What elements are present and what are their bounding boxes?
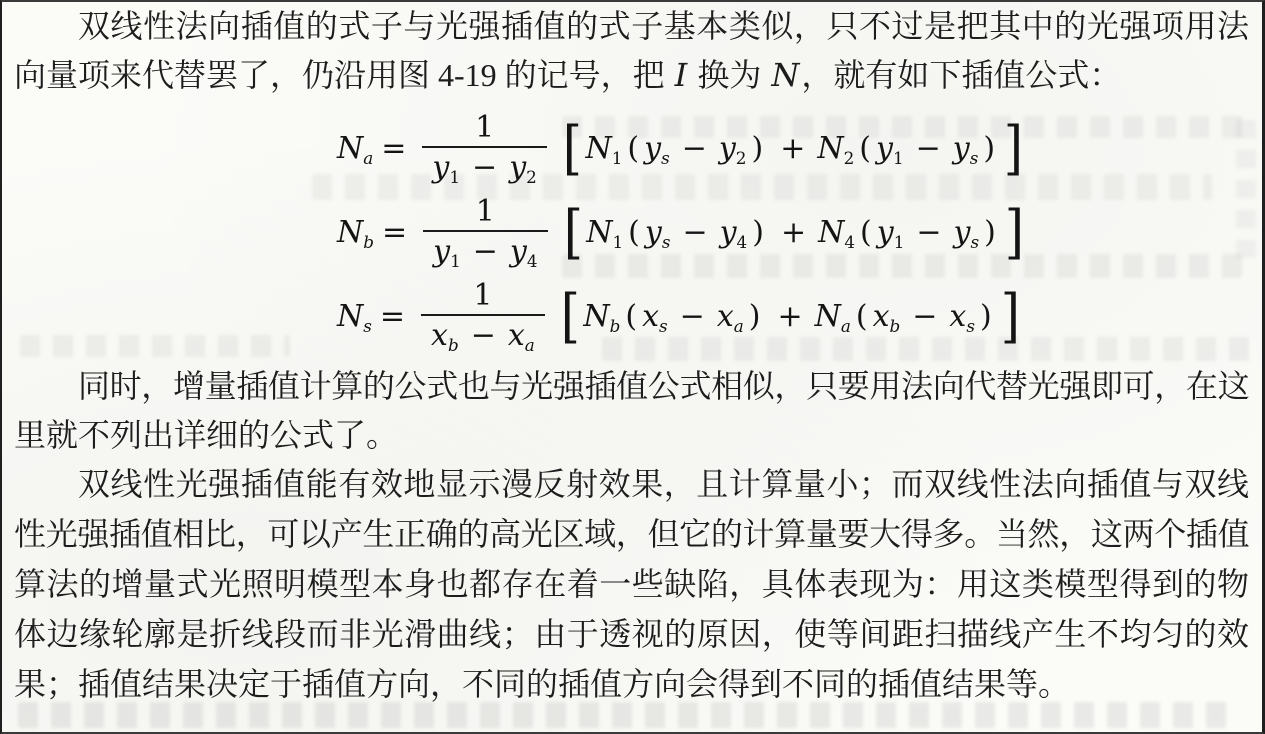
text-line-p3-5: 果；插值结果决定于插值方向，不同的插值方向会得到不同的插值结果等。 [14, 659, 1249, 709]
math-operator: − [682, 215, 707, 250]
math-operator: ) [749, 299, 761, 334]
math-operator: ) [751, 131, 763, 166]
text-segment: 向量项来代替罢了，仍沿用图 4-19 的记号，把 [14, 57, 673, 93]
math-term: y1 [877, 215, 905, 250]
equals-sign: = [381, 131, 406, 166]
math-operator: − [912, 299, 937, 334]
formula-lhs: Nb [337, 215, 374, 250]
math-operator: + [780, 131, 805, 166]
math-operator: − [471, 318, 496, 353]
math-term: N4 [818, 215, 855, 250]
math-operator: ( [856, 299, 868, 334]
math-term: Na [815, 299, 851, 334]
text-line-p1-1: 双线性法向插值的式子与光强插值的式子基本类似，只不过是把其中的光强项用法 [14, 2, 1249, 51]
scanned-textbook-page: 双线性法向插值的式子与光强插值的式子基本类似，只不过是把其中的光强项用法 向量项… [0, 0, 1265, 734]
math-term: ys [645, 215, 671, 250]
math-operator: ( [627, 131, 639, 166]
math-operator: ( [859, 131, 871, 166]
formula-lhs: Na [337, 131, 373, 166]
math-term: y4 [720, 215, 748, 250]
math-operator: ) [752, 215, 764, 250]
math-operator: + [777, 299, 802, 334]
math-operator: − [473, 234, 498, 269]
math-operator: − [680, 299, 705, 334]
left-bracket: [ [563, 119, 582, 177]
paragraph-1: 双线性法向插值的式子与光强插值的式子基本类似，只不过是把其中的光强项用法 向量项… [14, 2, 1249, 100]
formula-Nb: Nb=1y1−y4[N1(ys−y4)+N4(y1−ys)] [337, 190, 1025, 274]
fraction-denominator: y1−y4 [423, 230, 547, 268]
paragraph-3: 双线性光强插值能有效地显示漫反射效果，且计算量小；而双线性法向插值与双线 性光强… [14, 459, 1249, 709]
math-term: y1 [876, 131, 904, 166]
math-term: ys [644, 131, 670, 166]
math-term: xs [642, 299, 668, 334]
math-term: Ns [337, 299, 372, 334]
right-bracket: ] [1004, 119, 1023, 177]
math-operator: − [682, 131, 707, 166]
bleed-through-noise [1236, 120, 1256, 270]
math-operator: ( [860, 215, 872, 250]
text-segment: ，就有如下插值公式： [801, 57, 1121, 93]
math-operator: − [472, 150, 497, 185]
math-term: ys [954, 215, 980, 250]
math-term: y2 [719, 131, 747, 166]
math-operator: − [916, 131, 941, 166]
formula-row: Ns=1xb−xa[Nb(xs−xa)+Na(xb−xs)] [337, 274, 1025, 358]
math-term: Na [337, 131, 373, 166]
math-term: Nb [337, 215, 374, 250]
fraction-numerator: 1 [472, 196, 499, 231]
text-line-p3-4: 体边缘轮廓是折线段而非光滑曲线；由于透视的原因，使等间距扫描线产生不均匀的效 [14, 609, 1249, 659]
text-line-p3-2: 性光强插值相比，可以产生正确的高光区域，但它的计算量要大得多。当然，这两个插值 [14, 509, 1249, 559]
math-term: N1 [586, 215, 623, 250]
fraction: 1y1−y2 [422, 112, 546, 185]
math-symbol-N: N [769, 56, 801, 94]
fraction-denominator: xb−xa [421, 314, 545, 352]
bleed-through-noise [20, 335, 290, 357]
math-term: xs [949, 299, 975, 334]
text-line-p2-2: 里就不列出详细的公式了。 [14, 411, 1249, 460]
fraction-numerator: 1 [469, 280, 496, 315]
math-term: xb [873, 299, 901, 334]
formula-Ns: Ns=1xb−xa[Nb(xs−xa)+Na(xb−xs)] [337, 274, 1025, 358]
fraction: 1y1−y4 [423, 196, 547, 269]
math-operator: ( [625, 299, 637, 334]
text-line-p1-2: 向量项来代替罢了，仍沿用图 4-19 的记号，把 I 换为 N，就有如下插值公式… [14, 51, 1249, 100]
fraction: 1xb−xa [421, 280, 545, 353]
math-operator: ) [984, 215, 996, 250]
math-term: N1 [585, 131, 622, 166]
formula-lhs: Ns [337, 299, 372, 334]
math-term: Nb [583, 299, 620, 334]
formula-body: Nb(xs−xa)+Na(xb−xs) [583, 299, 996, 334]
left-bracket: [ [563, 203, 582, 261]
math-operator: ) [983, 131, 995, 166]
equals-sign: = [382, 215, 407, 250]
math-term: y1 [432, 150, 460, 185]
math-term: y1 [433, 234, 461, 269]
math-operator: ( [628, 215, 640, 250]
math-operator: − [916, 215, 941, 250]
formula-body: N1(ys−y4)+N4(y1−ys) [586, 215, 1001, 250]
right-bracket: ] [1000, 287, 1019, 345]
math-operator: ) [980, 299, 992, 334]
math-term: N2 [817, 131, 854, 166]
right-bracket: ] [1005, 203, 1024, 261]
text-line-p3-3: 算法的增量式光照明模型本身也都存在着一些缺陷，具体表现为：用这类模型得到的物 [14, 559, 1249, 609]
math-symbol-I: I [673, 56, 690, 94]
paragraph-2: 同时，增量插值计算的公式也与光强插值公式相似，只要用法向代替光强即可，在这 里就… [14, 362, 1249, 460]
math-term: y4 [510, 234, 538, 269]
math-term: ys [953, 131, 979, 166]
left-bracket: [ [560, 287, 579, 345]
math-term: xa [508, 318, 535, 353]
text-segment: 换为 [689, 57, 769, 93]
math-term: y2 [509, 150, 537, 185]
formula-body: N1(ys−y2)+N2(y1−ys) [585, 131, 1000, 166]
formula-Na: Na=1y1−y2[N1(ys−y2)+N2(y1−ys)] [337, 106, 1025, 190]
math-term: xb [431, 318, 459, 353]
fraction-numerator: 1 [471, 112, 498, 147]
formula-block: Na=1y1−y2[N1(ys−y2)+N2(y1−ys)] Nb=1y1−y4… [337, 106, 1025, 358]
text-line-p3-1: 双线性光强插值能有效地显示漫反射效果，且计算量小；而双线性法向插值与双线 [14, 459, 1249, 509]
fraction-denominator: y1−y2 [422, 146, 546, 184]
formula-row: Nb=1y1−y4[N1(ys−y4)+N4(y1−ys)] [337, 190, 1025, 274]
math-operator: + [781, 215, 806, 250]
math-term: xa [717, 299, 744, 334]
equals-sign: = [380, 299, 405, 334]
formula-row: Na=1y1−y2[N1(ys−y2)+N2(y1−ys)] [337, 106, 1025, 190]
text-line-p2-1: 同时，增量插值计算的公式也与光强插值公式相似，只要用法向代替光强即可，在这 [14, 362, 1249, 411]
